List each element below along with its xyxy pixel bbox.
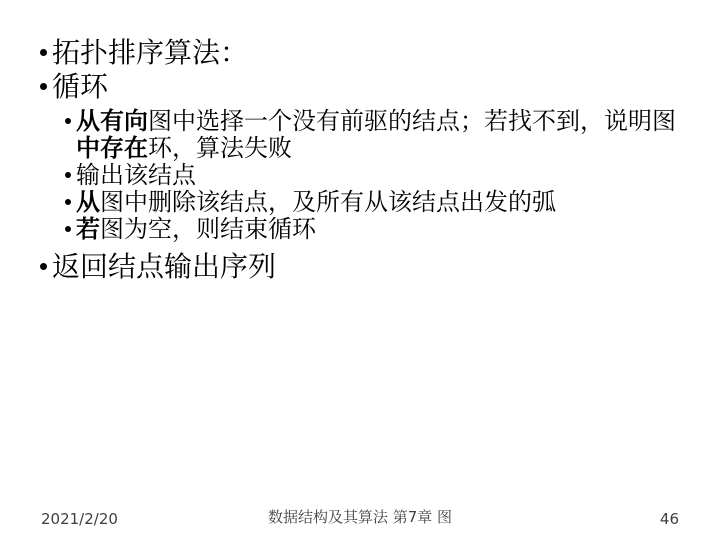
text-segment: 环，算法失败 [148,134,292,162]
list-item-text: 若图为空，则结束循环 [76,215,316,243]
list-item-text: 从图中删除该结点，及所有从该结点出发的弧 [76,188,556,216]
list-item-text: 输出该结点 [76,161,196,189]
list-item: 循环 [30,70,692,104]
list-item: 返回结点输出序列 [30,250,692,284]
text-segment: 图为空，则结束循环 [100,215,316,243]
bullet-icon [65,199,71,205]
list-item-text: 循环 [52,70,108,103]
text-segment: 图中删除该结点，及所有从该结点出发的弧 [100,188,556,216]
bullet-icon [65,172,71,178]
list-item: 输出该结点 [30,162,692,189]
text-segment: 拓扑排序算法： [52,36,248,69]
list-item: 从有向图中选择一个没有前驱的结点；若找不到，说明图中存在环，算法失败 [30,108,692,162]
bullet-icon [65,118,71,124]
list-item: 拓扑排序算法： [30,36,692,70]
list-item: 从图中删除该结点，及所有从该结点出发的弧 [30,189,692,216]
slide-body-text: 拓扑排序算法： 循环 从有向图中选择一个没有前驱的结点；若找不到，说明图中存在环… [30,36,692,284]
list-item-text: 拓扑排序算法： [52,36,248,69]
bullet-icon [40,83,47,90]
slide-canvas: 拓扑排序算法： 循环 从有向图中选择一个没有前驱的结点；若找不到，说明图中存在环… [0,0,720,540]
bullet-icon [65,226,71,232]
text-segment: 返回结点输出序列 [52,250,276,283]
text-segment: 输出该结点 [76,161,196,189]
text-segment: 图中选择一个没有前驱的结点；若找不到，说明图 [148,107,676,135]
list-item: 若图为空，则结束循环 [30,216,692,243]
text-segment: 循环 [52,70,108,103]
bullet-icon [40,49,47,56]
text-segment: 中存在 [76,134,148,162]
footer-title: 数据结构及其算法 第7章 图 [0,508,720,526]
list-item-text: 从有向图中选择一个没有前驱的结点；若找不到，说明图中存在环，算法失败 [76,107,676,162]
text-segment: 从 [76,188,100,216]
list-item-text: 返回结点输出序列 [52,250,276,283]
text-segment: 从有向 [76,107,148,135]
bullet-icon [40,263,47,270]
text-segment: 若 [76,215,100,243]
footer-page-number: 46 [660,510,679,528]
